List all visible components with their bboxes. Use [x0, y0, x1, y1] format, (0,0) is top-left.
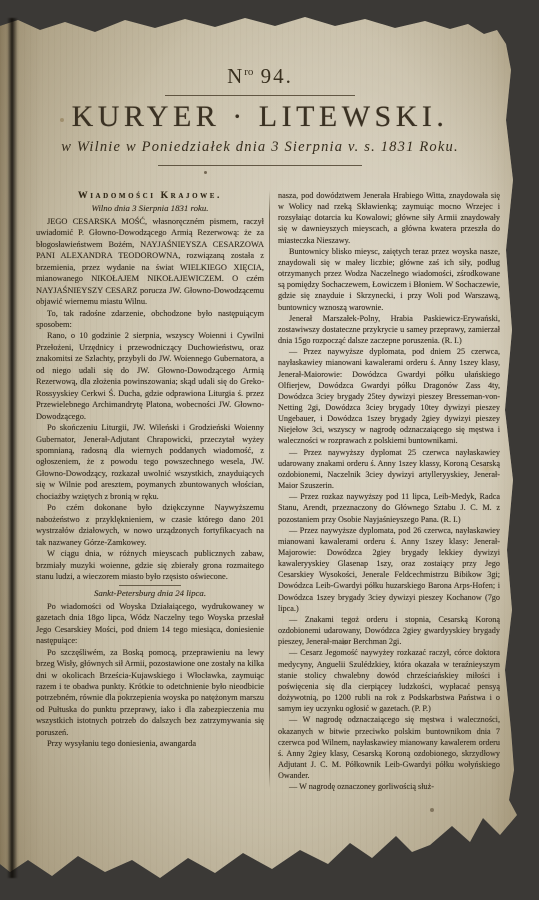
paragraph: Po skończeniu Liturgii, JW. Wileński i G…	[36, 422, 264, 502]
paragraph: To, tak radośne zdarzenie, obchodzone by…	[36, 308, 264, 331]
paragraph: Buntownicy blisko mieysc, zaiętych teraz…	[278, 246, 500, 313]
wilno-dateline: Wilno dnia 3 Sierpnia 1831 roku.	[36, 203, 264, 214]
paragraph: — Cesarz Jegomość naywyżey rozkazać racz…	[278, 647, 500, 714]
paragraph: — W nagrodę oznaczoney gorliwością służ-	[278, 781, 500, 791]
left-column: Wiadomości Krajowe. Wilno dnia 3 Sierpni…	[36, 190, 264, 791]
paragraph: nasza, pod dowództwem Jenerała Hrabiego …	[278, 190, 500, 246]
issue-number: Nro 94.	[30, 64, 490, 89]
masthead: Nro 94. KURYER · LITEWSKI. w Wilnie w Po…	[30, 64, 490, 166]
paragraph: W ciągu dnia, w różnych mieyscach public…	[36, 548, 264, 582]
paragraph: — Przez naywyższy dyplomat 25 czerwca na…	[278, 447, 500, 492]
section-heading: Wiadomości Krajowe.	[36, 190, 264, 201]
paragraph: Po czém dokonane było dziękczynne Naywyż…	[36, 502, 264, 548]
paragraph: — Przez naywyższe dyplomata, pod dniem 2…	[278, 346, 500, 446]
paragraph: — W nagrodę odznaczaiącego się męstwa i …	[278, 714, 500, 781]
masthead-rule-bottom	[158, 165, 362, 166]
subsection-rule	[119, 585, 181, 586]
paragraph: Po szczęśliwém, za Boską pomocą, przepra…	[36, 647, 264, 739]
petersburg-dateline: Sankt-Petersburg dnia 24 lipca.	[36, 588, 264, 599]
right-column: nasza, pod dowództwem Jenerała Hrabiego …	[278, 190, 500, 791]
paragraph: Rano, o 10 godzinie 2 sierpnia, wszyscy …	[36, 330, 264, 422]
article-body: Wiadomości Krajowe. Wilno dnia 3 Sierpni…	[36, 190, 500, 791]
newspaper-title: KURYER · LITEWSKI.	[30, 100, 490, 134]
paragraph: — Znakami tegoż orderu i stopnia, Cesars…	[278, 614, 500, 647]
paragraph: JEGO CESARSKA MOŚĆ, własnoręczném pismem…	[36, 216, 264, 308]
edition-dateline: w Wilnie w Poniedziałek dnia 3 Sierpnia …	[30, 139, 490, 156]
masthead-rule-top	[165, 95, 355, 96]
gutter-crease	[7, 18, 18, 878]
paragraph: Jenerał Marszałek-Polny, Hrabia Paskiewi…	[278, 313, 500, 346]
paragraph: Przy wysyłaniu tego doniesienia, awangar…	[36, 738, 264, 749]
paragraph: — Przez naywyższe dyplomata, pod 26 czer…	[278, 525, 500, 614]
paragraph: Po wiadomości od Woyska Działaiącego, wy…	[36, 601, 264, 647]
paragraph: — Przez rozkaz naywyższy pod 11 lipca, L…	[278, 491, 500, 524]
